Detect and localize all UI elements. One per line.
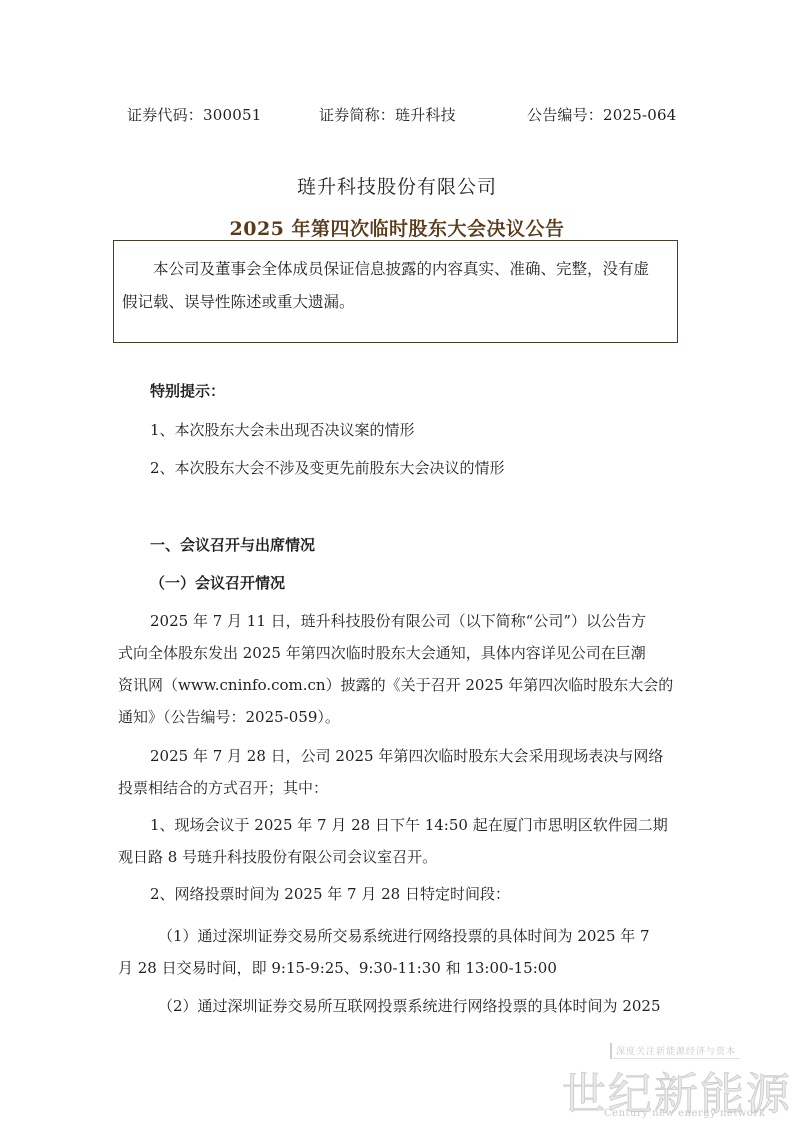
disclaimer-box: 本公司及董事会全体成员保证信息披露的内容真实、准确、完整，没有虚 假记载、误导性…: [113, 240, 678, 343]
text-line: 月 28 日交易时间，即 9:15-9:25、9:30-11:30 和 13:0…: [118, 952, 680, 984]
stock-code: 证券代码：300051: [127, 104, 261, 125]
paragraph-exchange-voting: （1）通过深圳证券交易所交易系统进行网络投票的具体时间为 2025 年 7 月 …: [118, 920, 680, 984]
special-notice-heading: 特别提示：: [150, 375, 710, 408]
watermark-logo: 深度关注新能源经济与资本 世纪新能源网 Century new energy n…: [562, 1040, 794, 1123]
special-notice-item-1: 1、本次股东大会未出现否决议案的情形: [150, 414, 710, 447]
paragraph-online-voting: 2、网络投票时间为 2025 年 7 月 28 日特定时间段：: [118, 878, 680, 910]
stock-name: 证券简称：琏升科技: [319, 104, 456, 125]
text-line: 2025 年 7 月 11 日，琏升科技股份有限公司（以下简称“公司”）以公告方: [118, 605, 680, 637]
text-line: （1）通过深圳证券交易所交易系统进行网络投票的具体时间为 2025 年 7: [118, 920, 680, 952]
special-notice-item-2: 2、本次股东大会不涉及变更先前股东大会决议的情形: [150, 452, 710, 485]
text-line: 投票相结合的方式召开；其中：: [118, 772, 680, 804]
text-line: 观日路 8 号琏升科技股份有限公司会议室召开。: [118, 841, 680, 873]
paragraph-meeting-format: 2025 年 7 月 28 日，公司 2025 年第四次临时股东大会采用现场表决…: [118, 740, 680, 804]
text-line: 2、网络投票时间为 2025 年 7 月 28 日特定时间段：: [118, 878, 680, 910]
company-name: 琏升科技股份有限公司: [0, 172, 794, 199]
text-line: （2）通过深圳证券交易所互联网投票系统进行网络投票的具体时间为 2025: [118, 990, 680, 1022]
text-line: 通知》（公告编号：2025-059）。: [118, 701, 680, 733]
text-line: 式向全体股东发出 2025 年第四次临时股东大会通知，具体内容详见公司在巨潮: [118, 637, 680, 669]
paragraph-internet-voting: （2）通过深圳证券交易所互联网投票系统进行网络投票的具体时间为 2025: [118, 990, 680, 1022]
watermark-english: Century new energy network: [604, 1108, 765, 1119]
notice-number: 公告编号：2025-064: [527, 104, 676, 125]
watermark-tagline: 深度关注新能源经济与资本: [610, 1043, 740, 1059]
text-line: 资讯网（www.cninfo.com.cn）披露的《关于召开 2025 年第四次…: [118, 669, 680, 701]
disclaimer-line-1: 本公司及董事会全体成员保证信息披露的内容真实、准确、完整，没有虚: [122, 253, 669, 286]
text-line: 1、现场会议于 2025 年 7 月 28 日下午 14:50 起在厦门市思明区…: [118, 809, 680, 841]
paragraph-notice-issued: 2025 年 7 月 11 日，琏升科技股份有限公司（以下简称“公司”）以公告方…: [118, 605, 680, 733]
section-heading: 一、会议召开与出席情况: [150, 529, 710, 562]
disclaimer-line-2: 假记载、误导性陈述或重大遗漏。: [122, 286, 669, 319]
text-line: 2025 年 7 月 28 日，公司 2025 年第四次临时股东大会采用现场表决…: [118, 740, 680, 772]
document-title: 2025 年第四次临时股东大会决议公告: [0, 214, 794, 241]
paragraph-onsite-meeting: 1、现场会议于 2025 年 7 月 28 日下午 14:50 起在厦门市思明区…: [118, 809, 680, 873]
subsection-heading: （一）会议召开情况: [150, 567, 710, 600]
